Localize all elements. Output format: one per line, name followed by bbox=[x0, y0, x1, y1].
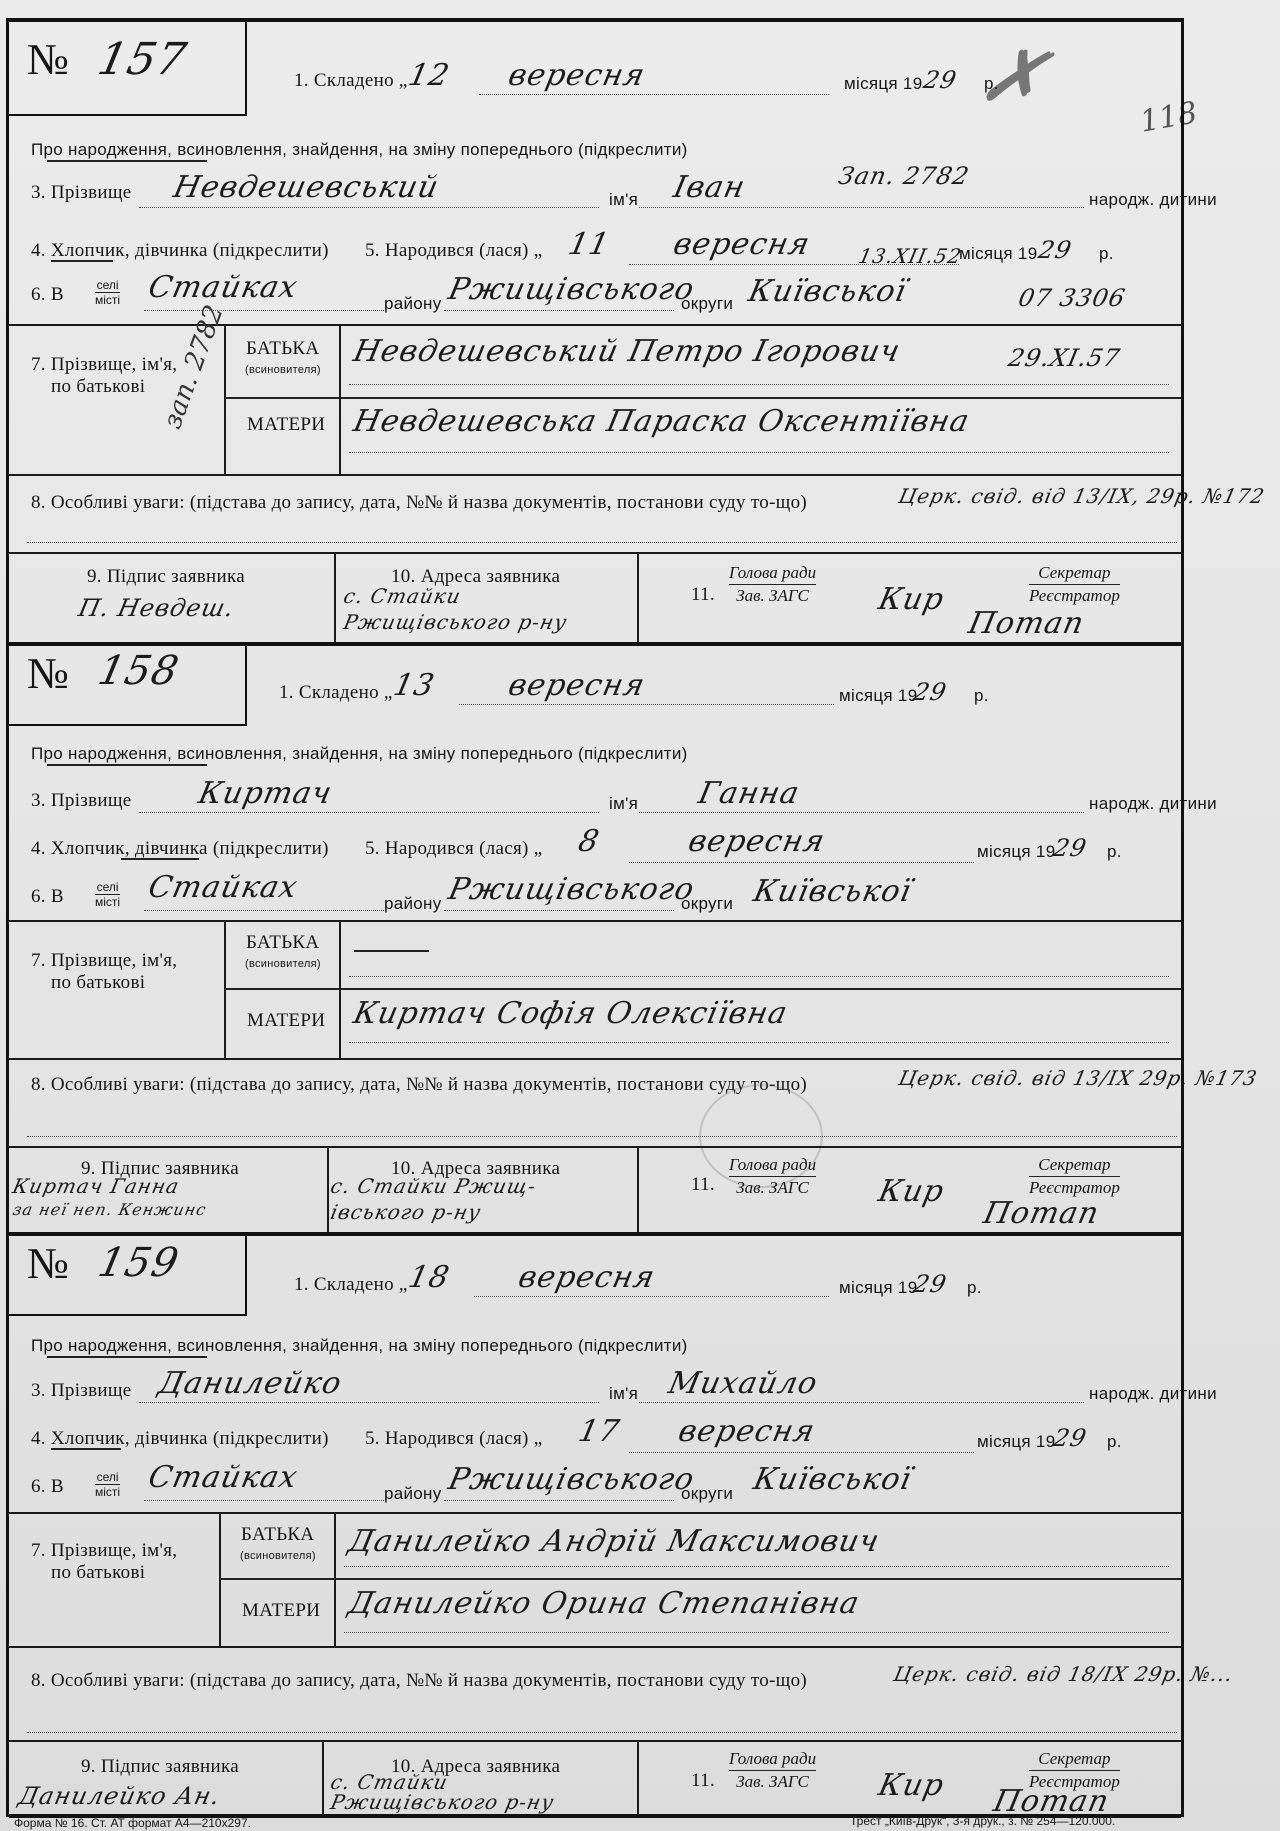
head-title-fraction: Голова ради Зав. ЗАГС bbox=[729, 1748, 816, 1793]
remarks-value: Церк. свід. від 13/IX, 29р. №172 bbox=[896, 484, 1267, 508]
underline-birth bbox=[47, 764, 207, 766]
year-suffix: р. bbox=[974, 686, 989, 706]
father-sublabel: (всиновителя) bbox=[240, 1550, 316, 1562]
okrug-name: Київської bbox=[750, 1462, 915, 1497]
village-city-fraction: селі місті bbox=[95, 1470, 120, 1499]
compiled-month-label: місяця 19 bbox=[839, 686, 917, 706]
birth-month-label: місяця 19 bbox=[977, 1432, 1055, 1452]
record-number: 157 bbox=[94, 34, 192, 85]
number-sign: № bbox=[27, 1238, 69, 1289]
mother-label: МАТЕРИ bbox=[247, 414, 325, 436]
parents-label: 7. Прізвище, ім'я, bbox=[31, 950, 177, 972]
mother-label: МАТЕРИ bbox=[242, 1600, 320, 1622]
applicant-address-line1: с. Стайки bbox=[341, 584, 463, 608]
remarks-value: Церк. свід. від 13/IX 29р. №173 bbox=[896, 1066, 1259, 1090]
applicant-address-line2: Ржищівського р-ну bbox=[328, 1790, 556, 1814]
child-label: народж. дитини bbox=[1089, 190, 1217, 210]
district-label: району bbox=[384, 1484, 442, 1504]
footer-form-info: Форма № 16. Ст. АТ формат А4—210х297. bbox=[14, 1816, 251, 1830]
child-label: народж. дитини bbox=[1089, 1384, 1217, 1404]
mother-name: Невдешевська Параска Оксентіївна bbox=[350, 404, 973, 439]
registrar-title-fraction: Секретар Реєстратор bbox=[1029, 562, 1120, 607]
father-label: БАТЬКА bbox=[241, 1524, 314, 1546]
applicant-signature: П. Невдеш. bbox=[76, 594, 237, 622]
sex-label: 4. Хлопчик, дівчинка (підкреслити) bbox=[31, 1428, 329, 1450]
born-label: 5. Народився (лася) „ bbox=[365, 838, 542, 860]
compiled-year: 29 bbox=[921, 66, 959, 94]
compiled-month: вересня bbox=[505, 668, 648, 703]
applicant-signature: Данилейко Ан. bbox=[16, 1782, 223, 1810]
birth-month: вересня bbox=[670, 227, 813, 262]
surname-label: 3. Прізвище bbox=[31, 790, 132, 812]
child-surname: Данилейко bbox=[155, 1366, 345, 1401]
place-label: 6. В bbox=[31, 886, 64, 908]
father-label: БАТЬКА bbox=[246, 338, 319, 360]
head-signature: Кир bbox=[875, 582, 947, 617]
father-name: Невдешевський Петро Ігорович bbox=[350, 334, 903, 369]
birth-month: вересня bbox=[685, 824, 828, 859]
registrar-signature: Потап bbox=[980, 1196, 1102, 1231]
record-type-options: Про народження, всиновлення, знайдення, … bbox=[31, 140, 688, 160]
compiled-day: 18 bbox=[405, 1260, 453, 1295]
official-number: 11. bbox=[691, 1770, 715, 1792]
father-blank-dash bbox=[354, 950, 429, 952]
record-number-box: № 158 bbox=[9, 644, 247, 726]
mother-name: Киртач Софія Олексіївна bbox=[350, 996, 791, 1031]
compiled-month-label: місяця 19 bbox=[839, 1278, 917, 1298]
father-label: БАТЬКА bbox=[246, 932, 319, 954]
official-number: 11. bbox=[691, 584, 715, 606]
sex-label: 4. Хлопчик, дівчинка (підкреслити) bbox=[31, 838, 329, 860]
compiled-day: 13 bbox=[390, 668, 438, 703]
child-first-name: Іван bbox=[670, 170, 748, 205]
compiled-day: 12 bbox=[405, 58, 453, 93]
footer-printer-info: Трест „Київ-Друк“, 3-я друк., з. № 254—1… bbox=[850, 1814, 1115, 1828]
year-suffix: р. bbox=[1107, 842, 1122, 862]
birth-month: вересня bbox=[675, 1414, 818, 1449]
okrug-name: Київської bbox=[745, 274, 910, 309]
district-name: Ржищівського bbox=[445, 1462, 697, 1497]
okrug-name: Київської bbox=[750, 874, 915, 909]
remarks-label: 8. Особливі уваги: (підстава до запису, … bbox=[31, 1670, 807, 1692]
record-number: 159 bbox=[94, 1240, 183, 1286]
mother-name: Данилейко Орина Степанівна bbox=[345, 1586, 863, 1621]
child-label: народж. дитини bbox=[1089, 794, 1217, 814]
district-name: Ржищівського bbox=[445, 272, 697, 307]
birth-day: 17 bbox=[575, 1414, 623, 1449]
name-label: ім'я bbox=[609, 794, 638, 814]
child-name-note: Зап. 2782 bbox=[836, 162, 972, 190]
year-suffix: р. bbox=[984, 74, 999, 94]
applicant-signature-line2: за неї неп. Кенжинс bbox=[11, 1200, 208, 1219]
number-sign: № bbox=[27, 648, 69, 699]
underline-birth bbox=[47, 1356, 207, 1358]
remarks-label: 8. Особливі уваги: (підстава до запису, … bbox=[31, 1074, 807, 1096]
remarks-label: 8. Особливі уваги: (підстава до запису, … bbox=[31, 492, 807, 514]
compiled-month: вересня bbox=[515, 1260, 658, 1295]
birth-day: 8 bbox=[575, 824, 603, 859]
village-city-fraction: селі місті bbox=[95, 278, 120, 307]
head-signature: Кир bbox=[875, 1768, 947, 1803]
birth-month-label: місяця 19 bbox=[959, 244, 1037, 264]
compiled-year: 29 bbox=[911, 1270, 949, 1298]
parents-label-line2: по батькові bbox=[51, 1562, 145, 1584]
place-label: 6. В bbox=[31, 1476, 64, 1498]
record-type-options: Про народження, всиновлення, знайдення, … bbox=[31, 744, 688, 764]
district-label: району bbox=[384, 894, 442, 914]
record-number: 158 bbox=[94, 648, 183, 694]
birth-month-label: місяця 19 bbox=[977, 842, 1055, 862]
underline-birth bbox=[47, 160, 207, 162]
record-3: № 159 1. Складено „ 18 вересня місяця 19… bbox=[9, 1234, 1181, 1817]
district-label: району bbox=[384, 294, 442, 314]
district-name: Ржищівського bbox=[445, 872, 697, 907]
child-surname: Невдешевський bbox=[170, 170, 442, 205]
applicant-address-line1: с. Стайки Ржищ- bbox=[328, 1174, 538, 1198]
head-title-fraction: Голова ради Зав. ЗАГС bbox=[729, 562, 816, 607]
name-label: ім'я bbox=[609, 190, 638, 210]
compiled-month: вересня bbox=[505, 58, 648, 93]
father-sublabel: (всиновителя) bbox=[245, 364, 321, 376]
parents-label: 7. Прізвище, ім'я, bbox=[31, 1540, 177, 1562]
village-city-fraction: селі місті bbox=[95, 880, 120, 909]
village-name: Стайках bbox=[145, 1460, 301, 1495]
okrug-label: округи bbox=[681, 1484, 733, 1504]
remarks-value: Церк. свід. від 18/IX 29р. №... bbox=[891, 1662, 1235, 1686]
village-name: Стайках bbox=[145, 870, 301, 905]
record-1: № 157 1. Складено „ 12 вересня місяця 19… bbox=[9, 22, 1181, 647]
compiled-year: 29 bbox=[911, 678, 949, 706]
child-first-name: Михайло bbox=[665, 1366, 821, 1401]
compiled-label: 1. Складено „ bbox=[279, 682, 393, 704]
father-sublabel: (всиновителя) bbox=[245, 958, 321, 970]
born-label: 5. Народився (лася) „ bbox=[365, 240, 542, 262]
scanned-page: 118 ✗ № 157 1. Складено „ 12 вересня міс… bbox=[0, 0, 1280, 1831]
parents-label-line2: по батькові bbox=[51, 376, 145, 398]
surname-label: 3. Прізвище bbox=[31, 182, 132, 204]
father-note: 29.XI.57 bbox=[1006, 344, 1123, 372]
applicant-address-line2: Ржищівського р-ну bbox=[341, 610, 569, 634]
born-label: 5. Народився (лася) „ bbox=[365, 1428, 542, 1450]
birth-year: 29 bbox=[1036, 236, 1074, 264]
applicant-signature-label: 9. Підпис заявника bbox=[81, 1756, 239, 1778]
underline-boy bbox=[51, 1448, 121, 1450]
child-surname: Киртач bbox=[195, 776, 335, 811]
year-suffix: р. bbox=[1099, 244, 1114, 264]
registrar-signature: Потап bbox=[965, 606, 1087, 641]
okrug-label: округи bbox=[681, 294, 733, 314]
compiled-month-label: місяця 19 bbox=[844, 74, 922, 94]
child-first-name: Ганна bbox=[695, 776, 803, 811]
register-sheet: № 157 1. Складено „ 12 вересня місяця 19… bbox=[6, 18, 1184, 1817]
number-sign: № bbox=[27, 34, 69, 85]
head-title-fraction: Голова ради Зав. ЗАГС bbox=[729, 1154, 816, 1199]
registrar-title-fraction: Секретар Реєстратор bbox=[1029, 1154, 1120, 1199]
applicant-address-line2: івського р-ну bbox=[328, 1200, 483, 1224]
village-name: Стайках bbox=[145, 270, 301, 305]
surname-label: 3. Прізвище bbox=[31, 1380, 132, 1402]
place-label: 6. В bbox=[31, 284, 64, 306]
compiled-label: 1. Складено „ bbox=[294, 1274, 408, 1296]
birth-day: 11 bbox=[565, 227, 613, 262]
compiled-label: 1. Складено „ bbox=[294, 70, 408, 92]
record-number-box: № 159 bbox=[9, 1234, 247, 1316]
applicant-signature-label: 9. Підпис заявника bbox=[87, 566, 245, 588]
name-label: ім'я bbox=[609, 1384, 638, 1404]
parents-label-line2: по батькові bbox=[51, 972, 145, 994]
official-number: 11. bbox=[691, 1174, 715, 1196]
father-name: Данилейко Андрій Максимович bbox=[345, 1524, 883, 1559]
extra-code: 07 3306 bbox=[1016, 284, 1128, 312]
mother-label: МАТЕРИ bbox=[247, 1010, 325, 1032]
birth-year: 29 bbox=[1051, 1424, 1089, 1452]
record-type-options: Про народження, всиновлення, знайдення, … bbox=[31, 1336, 688, 1356]
year-suffix: р. bbox=[967, 1278, 982, 1298]
underline-boy bbox=[51, 260, 113, 262]
year-suffix: р. bbox=[1107, 1432, 1122, 1452]
record-2: № 158 1. Складено „ 13 вересня місяця 19… bbox=[9, 644, 1181, 1244]
sex-label: 4. Хлопчик, дівчинка (підкреслити) bbox=[31, 240, 329, 262]
head-signature: Кир bbox=[875, 1174, 947, 1209]
birth-year: 29 bbox=[1051, 834, 1089, 862]
parents-label: 7. Прізвище, ім'я, bbox=[31, 354, 177, 376]
underline-girl bbox=[121, 858, 199, 860]
record-number-box: № 157 bbox=[9, 22, 247, 116]
okrug-label: округи bbox=[681, 894, 733, 914]
applicant-signature-line1: Киртач Ганна bbox=[10, 1174, 181, 1198]
